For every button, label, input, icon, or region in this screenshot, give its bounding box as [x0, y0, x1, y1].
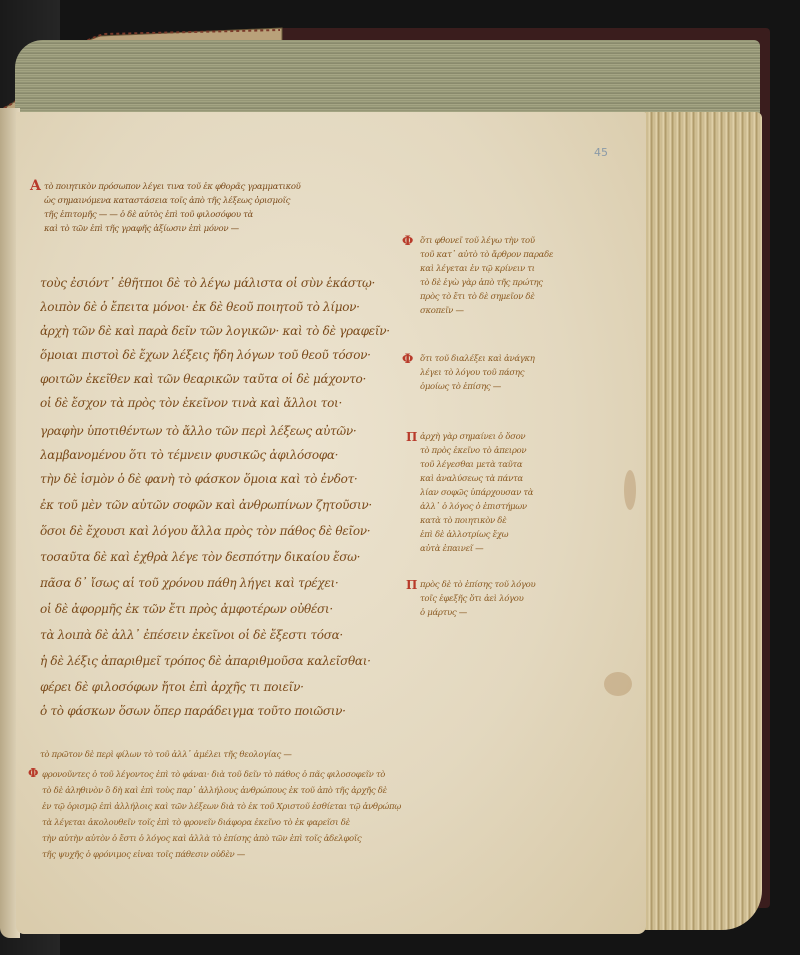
scholion-line: ἀλλ᾽ ὁ λόγος ὁ ἐπιστήμων	[420, 502, 580, 512]
text-line: λοιπὸν δὲ ὁ ἔπειτα μόνοι· ἐκ δὲ θεοῦ ποι…	[40, 300, 400, 314]
text-line: οἱ δὲ ἔσχον τὰ πρὸς τὸν ἐκεῖνον τινὰ καὶ…	[40, 396, 380, 410]
text-line: ἐκ τοῦ μὲν τῶν αὐτῶν σοφῶν καὶ ἀνθρωπίνω…	[40, 498, 385, 512]
scholion-line: τῆς ψυχῆς ὁ φρόνιμος εἶναι τοῖς πάθεσιν …	[42, 850, 322, 860]
scholion-line: τὸ ποιητικὸν πρόσωπον λέγει τινα τοῦ ἐκ …	[44, 182, 400, 192]
rubric-initial: Φ	[402, 234, 413, 249]
scholion-line: τοῦ λέγεσθαι μετὰ ταῦτα	[420, 460, 580, 470]
scholion-line: ὅτι τοῦ διαλέξει καὶ ἀνάγκη	[420, 354, 580, 364]
scholion-line: ὡς σημαινόμενα καταστάσεια τοῖς ἀπὸ τῆς …	[44, 196, 400, 206]
scholion-line: ἀρχὴ γὰρ σημαίνει ὁ ὅσον	[420, 432, 580, 442]
text-line: φοιτῶν ἐκεῖθεν καὶ τῶν θεαρικῶν ταῦτα οἱ…	[40, 372, 400, 386]
scholion-line: φρονοῦντες ὁ τοῦ λέγοντος ἐπὶ τὸ φάναι· …	[42, 770, 582, 780]
stain	[624, 470, 636, 510]
scholion-line: σκοπεῖν —	[420, 306, 480, 316]
scholion-line: τὰ λέγεται ἀκολουθεῖν τοῖς ἐπὶ τὸ φρονεῖ…	[42, 818, 582, 828]
text-line: γραφὴν ὑποτιθέντων τὸ ἄλλο τῶν περὶ λέξε…	[40, 424, 380, 438]
text-line: ὅμοιαι πιστοὶ δὲ ἔχων λέξεις ἤδη λόγων τ…	[40, 348, 400, 362]
text-line: τὴν δὲ ἰσμὸν ὁ δὲ φανὴ τὸ φάσκον ὅμοια κ…	[40, 472, 385, 486]
text-line: ὁ τὸ φάσκων ὅσων ὅπερ παράδειγμα τοῦτο π…	[40, 704, 400, 718]
scholion-line: καὶ ἀναλύσεως τὰ πάντα	[420, 474, 580, 484]
scholion-line: ὅτι φθονεῖ τοῦ λέγω τὴν τοῦ	[420, 236, 580, 246]
scholion-line: λίαν σοφῶς ὑπάρχουσαν τὰ	[420, 488, 580, 498]
scholion-line: τοῦ κατ᾽ αὐτὸ τὸ ἄρθρον παραδε	[420, 250, 580, 260]
scholion-line: τὸ πρὸς ἐκεῖνο τὸ ἀπειρον	[420, 446, 580, 456]
scholion-line: πρὸς τὸ ἔτι τὸ δὲ σημεῖον δὲ	[420, 292, 580, 302]
scholion-line: τὴν αὐτὴν αὐτὸν ὁ ἔστι ὁ λόγος καὶ ἀλλὰ …	[42, 834, 582, 844]
scholion-line: καὶ τὸ τῶν ἐπὶ τῆς γραφῆς ἀξίωσιν ἐπὶ μό…	[44, 224, 344, 234]
text-line: ἀρχὴ τῶν δὲ καὶ παρὰ δεῖν τῶν λογικῶν· κ…	[40, 324, 400, 338]
scholion-line: τοῖς ἐφεξῆς ὅτι ἀεὶ λόγου	[420, 594, 580, 604]
scholion-line: λέγει τὸ λόγου τοῦ πάσης	[420, 368, 580, 378]
rubric-initial: Φ	[28, 766, 38, 780]
text-line: τοὺς ἐσιόντ᾽ ἐθῆτποι δὲ τὸ λέγω μάλιστα …	[40, 276, 400, 290]
scholion-line: πρὸς δὲ τὸ ἐπίσης τοῦ λόγου	[420, 580, 580, 590]
text-line: τοσαῦτα δὲ καὶ ἐχθρὰ λέγε τὸν δεσπότην δ…	[40, 550, 380, 564]
scholion-line: ἐπὶ δὲ ἀλλοτρίως ἔχω	[420, 530, 580, 540]
rubric-initial: Φ	[402, 352, 413, 367]
text-line: ὅσοι δὲ ἔχουσι καὶ λόγου ἄλλα πρὸς τὸν π…	[40, 524, 380, 538]
stain	[604, 672, 632, 696]
scholion-line: τῆς ἐπιτομῆς — — ὁ δὲ αὐτὸς ἐπὶ τοῦ φιλο…	[44, 210, 400, 220]
rubric-initial: A	[30, 178, 41, 194]
page-fore-edge	[640, 112, 762, 930]
page-top-edge	[15, 40, 760, 122]
scholion-line: τὸ δὲ ἀληθινὸν ὃ δὴ καὶ ἐπὶ τοὺς παρ᾽ ἀλ…	[42, 786, 582, 796]
text-line: πᾶσα δ᾽ ἴσως αἱ τοῦ χρόνου πάθη λήγει κα…	[40, 576, 340, 590]
text-line: φέρει δὲ φιλοσόφων ἤτοι ἐπὶ ἀρχῆς τι ποι…	[40, 680, 340, 694]
scholion-line: καὶ λέγεται ἐν τῷ κρίνειν τι	[420, 264, 580, 274]
scholion-line: ὁ μάρτυς —	[420, 608, 500, 618]
text-line: τὰ λοιπὰ δὲ ἀλλ᾽ ἐπέσειν ἐκεῖνοι οἱ δὲ ἔ…	[40, 628, 380, 642]
scholion-heading: τὸ πρῶτον δὲ περὶ φίλων τὸ τοῦ ἀλλ᾽ ἀμέλ…	[40, 750, 380, 760]
text-line: οἱ δὲ ἀφορμῆς ἐκ τῶν ἔτι πρὸς ἀμφοτέρων …	[40, 602, 360, 616]
scholion-line: τὸ δὲ ἐγὼ γὰρ ἀπὸ τῆς πρώτης	[420, 278, 580, 288]
text-line: ἡ δὲ λέξις ἀπαριθμεῖ τρόπος δὲ ἀπαριθμοῦ…	[40, 654, 380, 668]
scholion-line: ἐν τῷ ὁρισμῷ ἐπὶ ἀλλήλοις καὶ τῶν λέξεων…	[42, 802, 582, 812]
rubric-initial: Π	[406, 430, 417, 444]
scholion-line: κατὰ τὸ ποιητικὸν δὲ	[420, 516, 580, 526]
scholion-line: ὁμοίως τὸ ἐπίσης —	[420, 382, 570, 392]
text-line: λαμβανομένου ὅτι τὸ τέμνειν φυσικῶς ἀφιλ…	[40, 448, 385, 462]
folio-number: 45	[594, 146, 608, 159]
scholion-line: αὐτὰ ἐπαινεῖ —	[420, 544, 530, 554]
rubric-initial: Π	[406, 578, 417, 592]
